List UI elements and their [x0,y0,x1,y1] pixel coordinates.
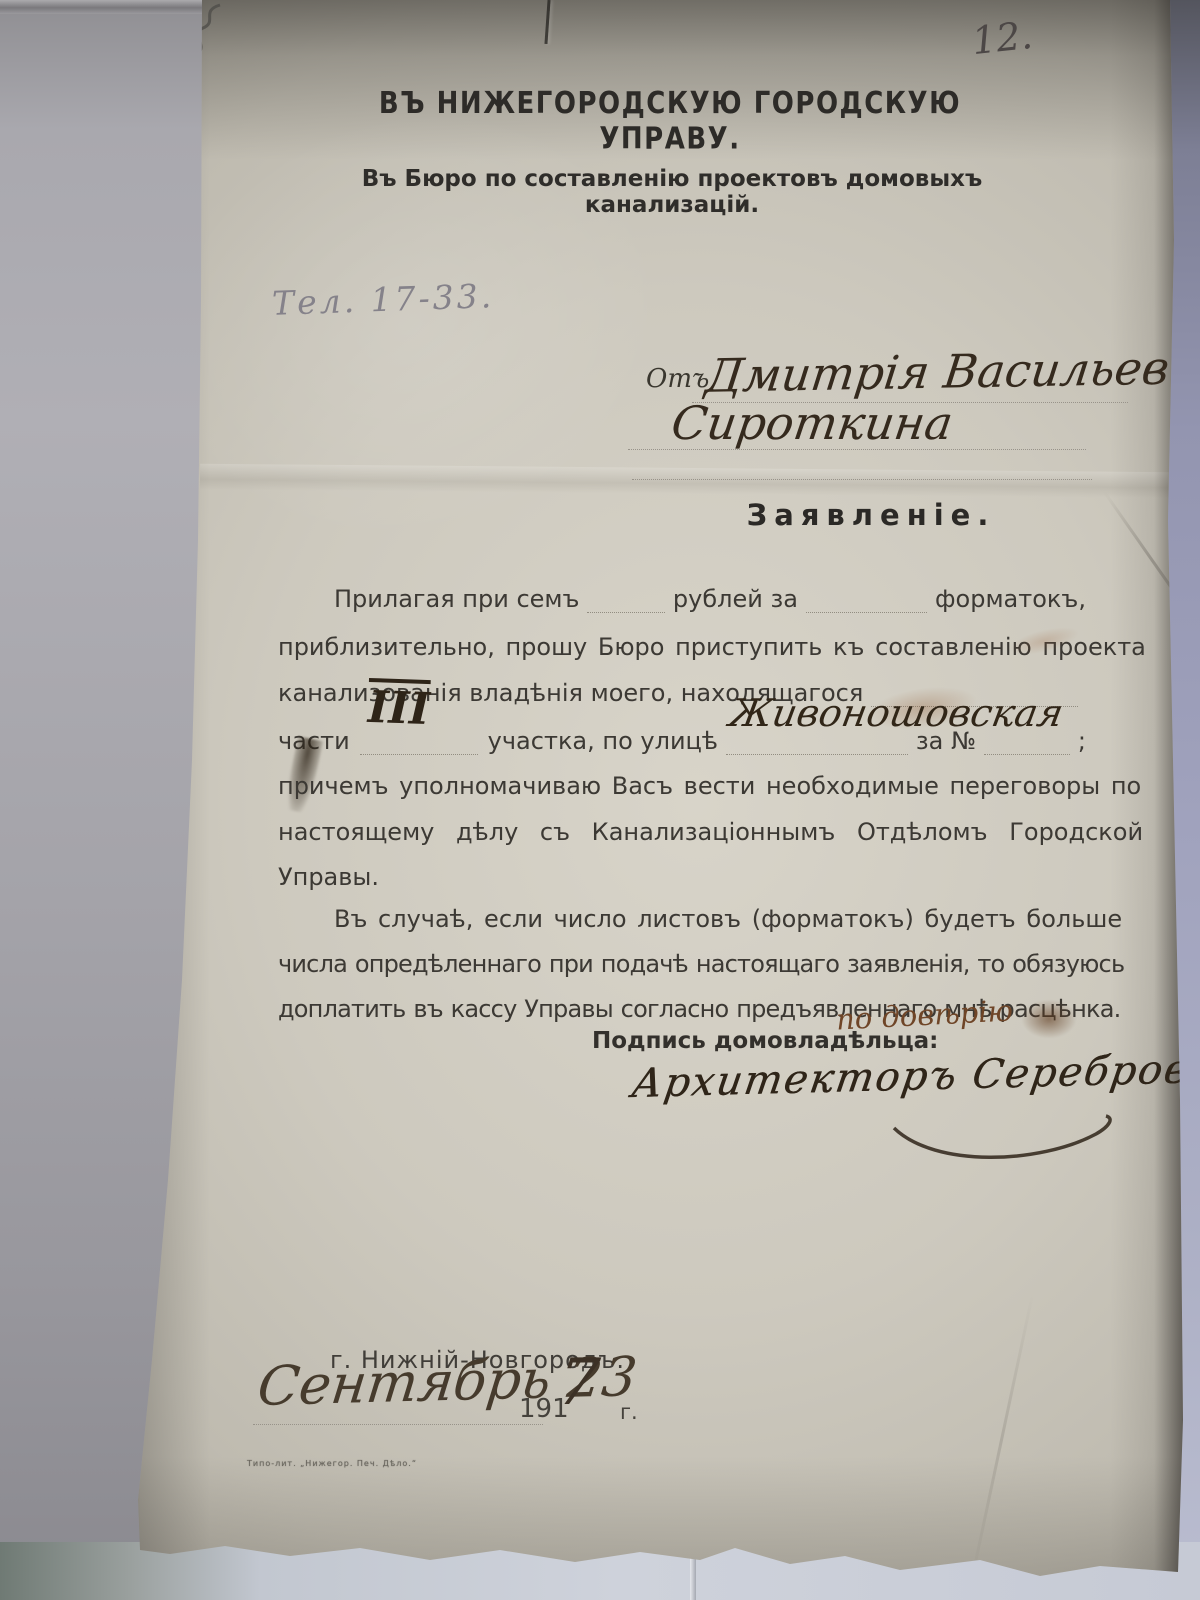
name-underline-2 [628,449,1086,450]
background-fold-line [0,0,210,14]
printer-imprint: Типо-лит. „Нижегор. Печ. Дѣло.“ [247,1459,417,1468]
blank-district-field: III [360,729,478,755]
name-underline-3 [632,479,1092,480]
body-line-1-text-c: форматокъ, [935,585,1086,613]
body-line-9: числа опредѣленнаго при подачѣ настоящаг… [278,950,1090,978]
body-line-4-text-b: участка, по улицѣ [488,727,718,755]
body-line-2: приблизительно, прошу Бюро приступить къ… [278,633,1090,661]
year-digit-handwritten: 7 [554,1346,602,1420]
photo-of-document: 12. ВЪ НИЖЕГОРОДСКУЮ ГОРОДСКУЮ УПРАВУ. В… [0,0,1200,1600]
from-name-line-2-handwritten: Сироткина [668,396,956,450]
blank-rubles-field [587,587,664,613]
body-line-4-text-d: ; [1078,727,1086,755]
header-line-2: Въ Бюро по составленію проектовъ домовых… [296,166,1048,218]
body-line-6: настоящему дѣлу съ Канализаціоннымъ Отдѣ… [278,818,1090,846]
name-underline-1 [692,402,1128,403]
body-line-1-text-a: Прилагая при семъ [334,585,579,613]
from-name-line-1-handwritten: Дмитрія Васильевича [703,339,1200,403]
header-line-1: ВЪ НИЖЕГОРОДСКУЮ ГОРОДСКУЮ УПРАВУ. [340,86,1000,157]
body-line-7: Управы. [278,863,1090,891]
ink-blot [1022,1000,1076,1038]
telephone-note-handwritten: Тел. 17-33. [271,276,494,323]
paper-tear-top [544,0,550,44]
blank-formatok-field [806,587,927,613]
body-line-4: части III участка, по улицѣ Живоношовска… [278,727,1086,755]
from-label: Отъ [646,364,709,394]
year-suffix: г. [620,1400,638,1424]
body-line-1-text-b: рублей за [673,585,798,613]
date-underline [253,1424,543,1425]
paper-crease-bottom [969,1293,1034,1587]
application-title: Заявленіе. [726,498,1016,532]
body-line-5: причемъ уполномачиваю Васъ вести необход… [278,772,1090,800]
district-number-handwritten: III [367,682,430,735]
blank-street-field: Живоношовская [726,729,908,755]
page-number-annotation: 12. [970,13,1035,63]
street-name-handwritten: Живоношовская [726,691,1067,735]
signature-flourish [880,1106,1130,1176]
body-line-8: Въ случаѣ, если число листовъ (форматокъ… [278,905,1146,933]
body-line-1: Прилагая при семъ рублей за форматокъ, [278,585,1086,613]
